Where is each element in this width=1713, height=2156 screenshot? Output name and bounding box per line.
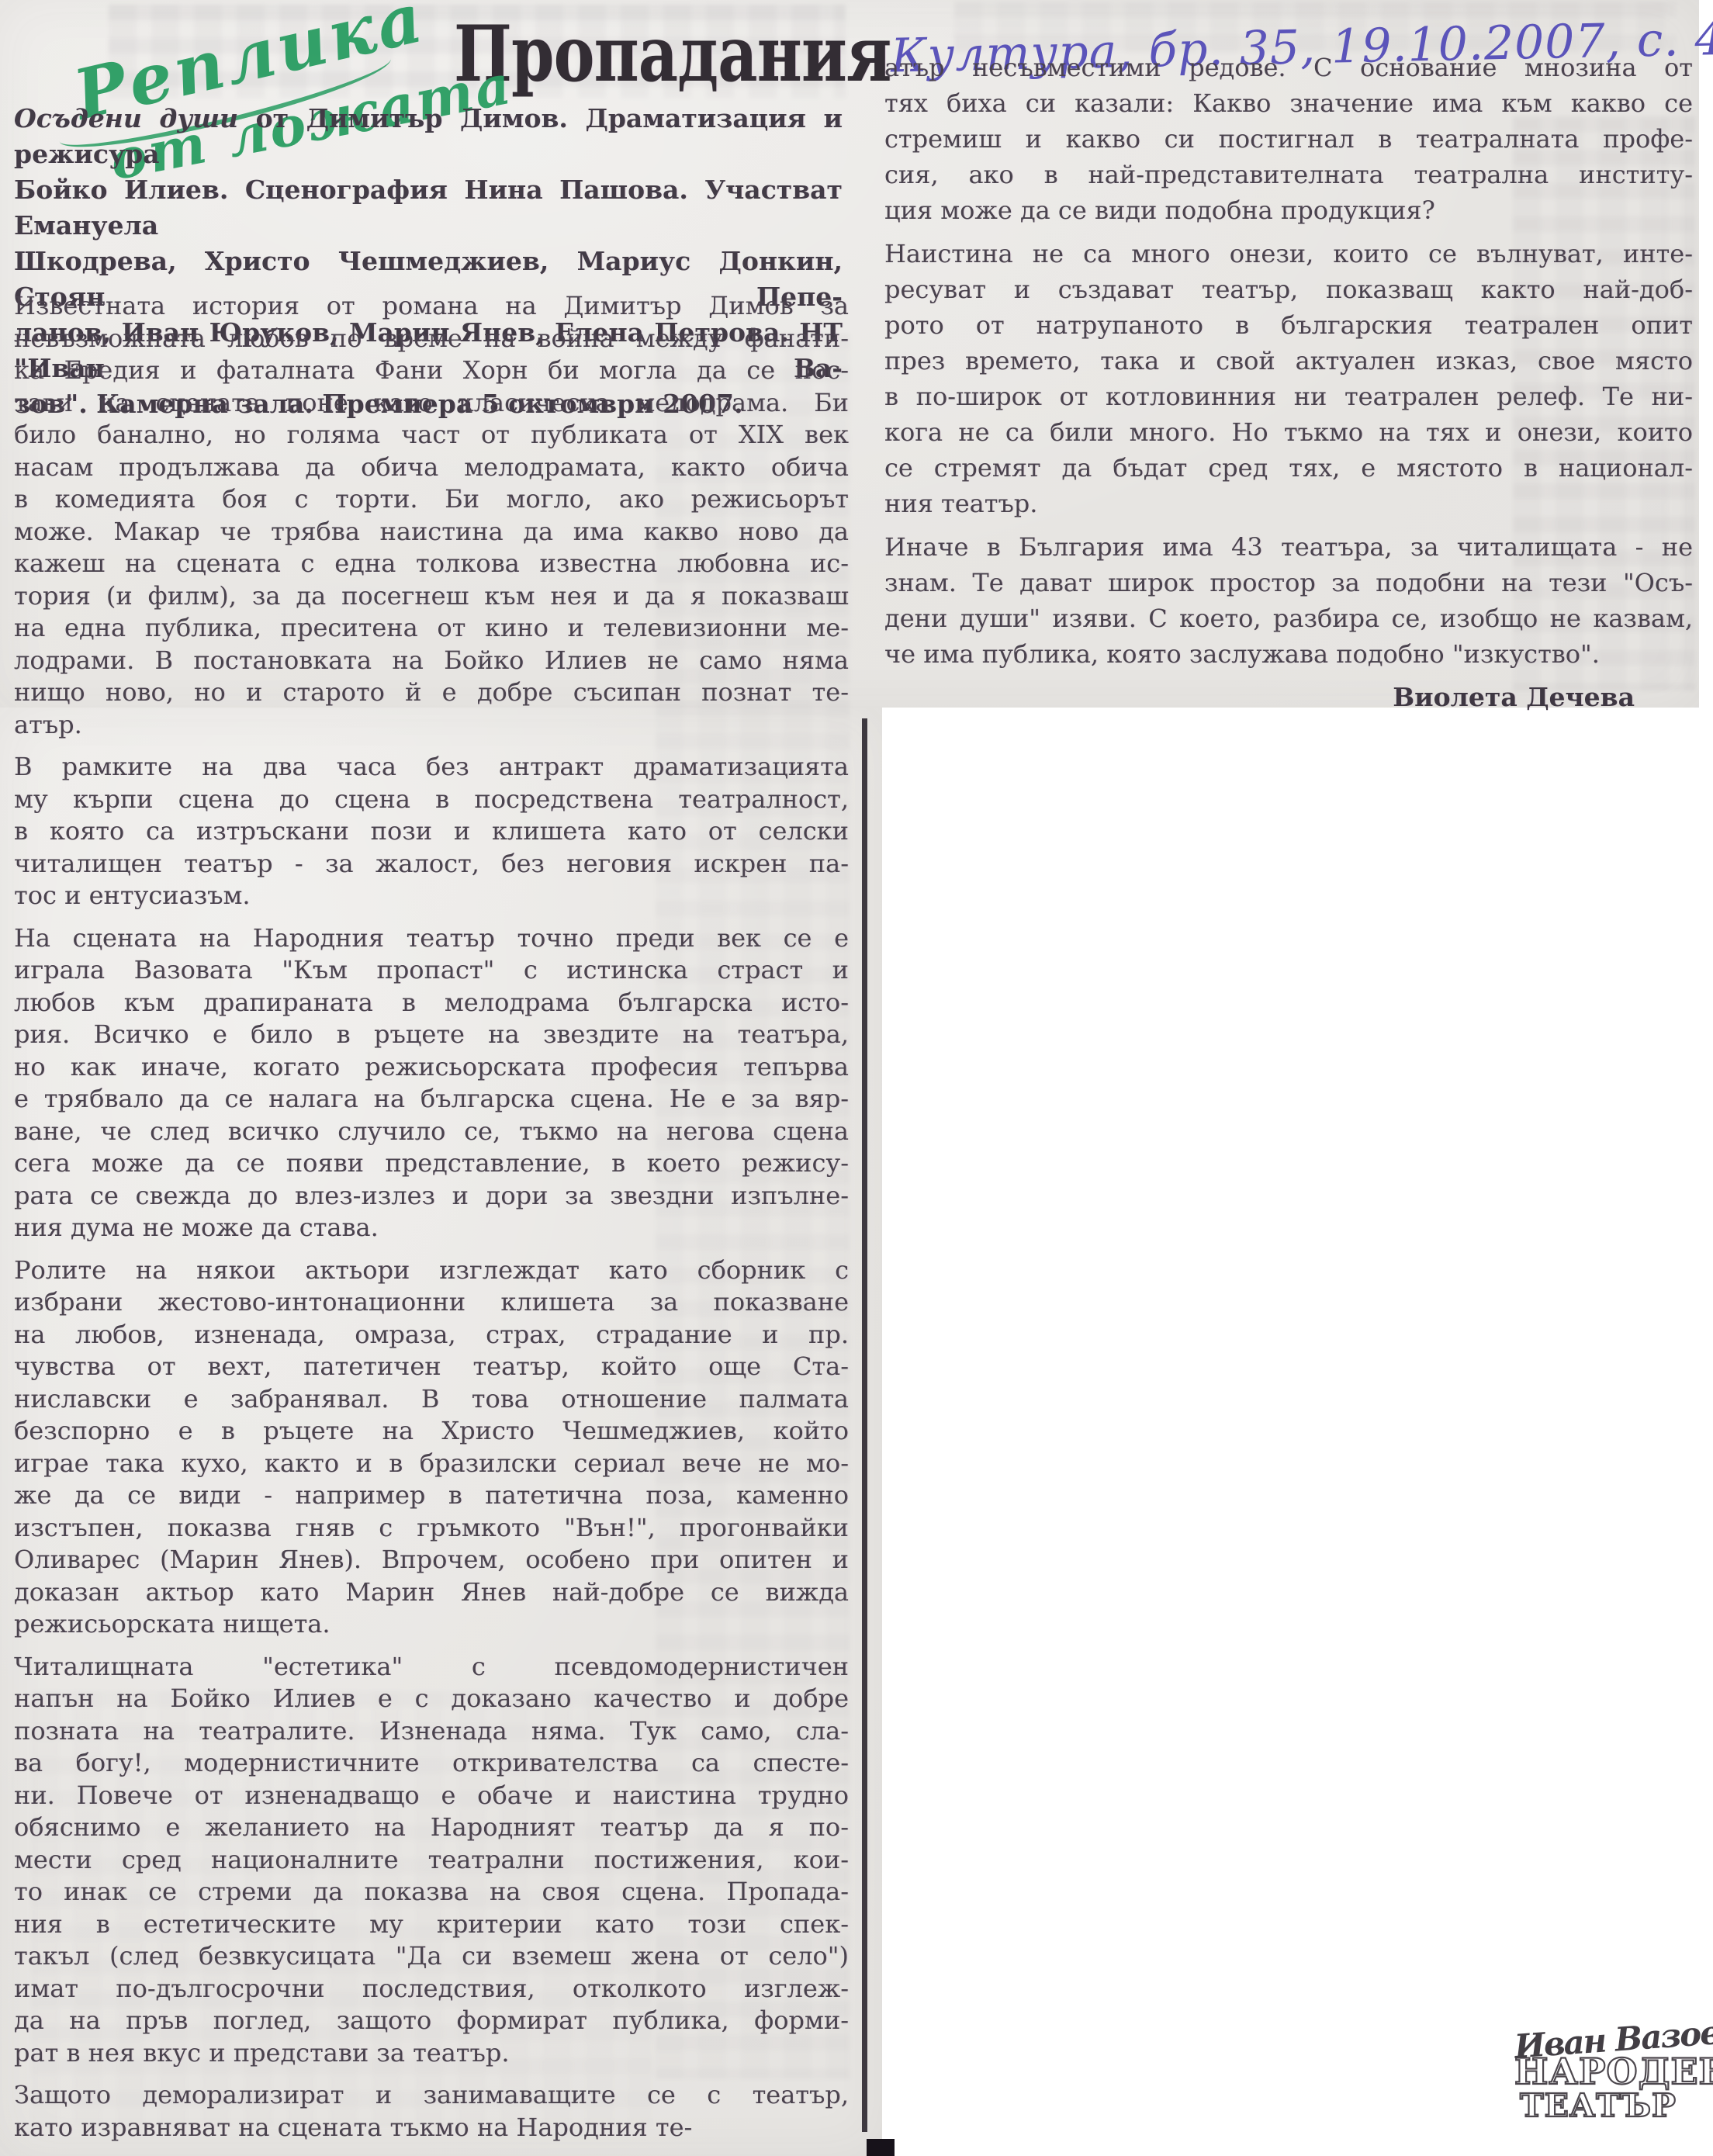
right-column-paragraphs: атър несъвместими редове. С основание мн…: [884, 50, 1693, 672]
text-line: играе така кухо, както и в бразилски сер…: [14, 1448, 849, 1480]
text-line: насам продължава да обича мелодрамата, к…: [14, 452, 849, 484]
text-line: може. Макар че трябва наистина да има ка…: [14, 516, 849, 549]
text-line: любов към драпираната в мелодрама българ…: [14, 987, 849, 1019]
text-line: Бойко Илиев. Сценография Нина Пашова. Уч…: [14, 172, 843, 244]
text-line: ния в естетическите му критерии като тоз…: [14, 1909, 849, 1941]
text-line: рат в нея вкус и представи за театър.: [14, 2037, 849, 2070]
text-line: ния театър.: [884, 486, 1693, 521]
text-line: атър.: [14, 709, 849, 742]
text-line: лодрами. В постановката на Бойко Илиев н…: [14, 645, 849, 677]
text-line: сия, ако в най-представителната театралн…: [884, 157, 1693, 192]
paragraph: Известната история от романа на Димитър …: [14, 290, 849, 741]
text-line: на една публика, преситена от кино и тел…: [14, 612, 849, 645]
text-line: знам. Те дават широк простор за подобни …: [884, 565, 1693, 600]
paragraph: Ролите на някои актьори изглеждат като с…: [14, 1254, 849, 1641]
text-line: имат по-дългосрочни последствия, отколко…: [14, 1973, 849, 2005]
text-line: такъл (след безвкусицата "Да си вземеш ж…: [14, 1940, 849, 1973]
text-line: Ролите на някои актьори изглеждат като с…: [14, 1254, 849, 1287]
text-line: през времето, така и свой актуален изказ…: [884, 343, 1693, 379]
text-line: рата се свежда до влез-излез и дори за з…: [14, 1180, 849, 1213]
scan-edge-mark: [867, 2139, 895, 2156]
logo-word-teatar: ТЕАТЪР: [1514, 2090, 1682, 2123]
text-line: кажеш на сцената с една толкова известна…: [14, 548, 849, 580]
text-line: в комедията боя с торти. Би могло, ако р…: [14, 483, 849, 516]
text-line: но как иначе, когато режисьорската профе…: [14, 1051, 849, 1084]
column-divider-line: [862, 718, 867, 2132]
paragraph: В рамките на два часа без антракт драмат…: [14, 751, 849, 912]
text-line: Иначе в България има 43 театъра, за чита…: [884, 529, 1693, 565]
text-line: нищо ново, но и старото й е добре съсипа…: [14, 677, 849, 709]
text-line: рия. Всичко е било в ръцете на звездите …: [14, 1019, 849, 1051]
text-line: же да се види - например в патетична поз…: [14, 1479, 849, 1512]
article-title: Пропадания: [454, 9, 891, 99]
paragraph: Защото деморализират и занимаващите се с…: [14, 2079, 849, 2144]
theatre-logo-stamp: Иван Вазов НАРОДЕН ТЕАТЪР: [1514, 2022, 1682, 2123]
text-line: на любов, изненада, омраза, страх, страд…: [14, 1319, 849, 1351]
left-column: Известната история от романа на Димитър …: [14, 290, 849, 2154]
text-line: напън на Бойко Илиев е с доказано качест…: [14, 1683, 849, 1715]
text-line: е трябвало да се налага на българска сце…: [14, 1083, 849, 1116]
text-line: мести сред националните театрални постиж…: [14, 1844, 849, 1877]
right-column: атър несъвместими редове. С основание мн…: [884, 50, 1693, 715]
paragraph: Наистина не са много онези, които се въл…: [884, 236, 1693, 521]
text-line: дени души" изяви. С което, разбира се, и…: [884, 600, 1693, 636]
text-line: На сцената на Народния театър точно пред…: [14, 922, 849, 955]
paragraph: На сцената на Народния театър точно пред…: [14, 922, 849, 1244]
text-line: Читалищната "естетика" с псевдомодернист…: [14, 1651, 849, 1684]
text-line: Наистина не са много онези, които се въл…: [884, 236, 1693, 272]
text-line: невъзможната любов по време на война меж…: [14, 323, 849, 355]
credits-first-line: Осъдени души от Димитър Димов. Драматиза…: [14, 101, 843, 172]
paragraph: Иначе в България има 43 театъра, за чита…: [884, 529, 1693, 672]
text-line: Известната история от романа на Димитър …: [14, 290, 849, 323]
scanned-newspaper-clipping: Пропадания Реплика от ложата Култура, бр…: [0, 0, 1713, 2156]
text-line: тория (и филм), за да посегнеш към нея и…: [14, 580, 849, 613]
text-line: атър несъвместими редове. С основание мн…: [884, 50, 1693, 85]
text-line: доказан актьор като Марин Янев най-добре…: [14, 1576, 849, 1609]
text-line: ция може да се види подобна продукция?: [884, 192, 1693, 228]
text-line: ниславски е забранявал. В това отношение…: [14, 1383, 849, 1416]
text-line: избрани жестово-интонационни клишета за …: [14, 1286, 849, 1319]
text-line: тос и ентусиазъм.: [14, 880, 849, 912]
text-line: Оливарес (Марин Янев). Впрочем, особено …: [14, 1544, 849, 1576]
text-line: обяснимо е желанието на Народният театър…: [14, 1812, 849, 1844]
text-line: то инак се стреми да показва на своя сце…: [14, 1876, 849, 1909]
text-line: безспорно е в ръцете на Христо Чешмеджие…: [14, 1415, 849, 1448]
text-line: тях биха си казали: Какво значение има к…: [884, 85, 1693, 121]
text-line: читалищен театър - за жалост, без негови…: [14, 848, 849, 881]
text-line: ва богу!, модернистичните откривателства…: [14, 1747, 849, 1780]
text-line: ка Ередия и фаталната Фани Хорн би могла…: [14, 355, 849, 387]
text-line: като изравняват на сцената тъкмо на Наро…: [14, 2112, 849, 2144]
play-title: Осъдени души: [14, 103, 238, 133]
text-line: позната на театралите. Изненада няма. Ту…: [14, 1715, 849, 1748]
author-signature: Виолета Дечева: [884, 680, 1693, 715]
text-line: в по-широк от котловинния ни театрален р…: [884, 379, 1693, 414]
text-line: ресуват и създават театър, показващ какт…: [884, 272, 1693, 307]
text-line: играла Вазовата "Към пропаст" с истинска…: [14, 954, 849, 987]
text-line: се стремят да бъдат сред тях, е мястото …: [884, 450, 1693, 486]
text-line: ни. Повече от изненадващо е обаче и наис…: [14, 1780, 849, 1812]
text-line: стремиш и какво си постигнал в театрална…: [884, 121, 1693, 157]
text-line: изстъпен, показва гняв с гръмкото "Вън!"…: [14, 1512, 849, 1545]
text-line: в която са изтръскани пози и клишета кат…: [14, 815, 849, 848]
text-line: тави на сцената поне като класическа мел…: [14, 387, 849, 420]
text-line: чувства от вехт, патетичен театър, който…: [14, 1351, 849, 1383]
paragraph: атър несъвместими редове. С основание мн…: [884, 50, 1693, 228]
text-line: да на пръв поглед, защото формират публи…: [14, 2005, 849, 2037]
text-line: ния дума не може да става.: [14, 1212, 849, 1244]
text-line: му кърпи сцена до сцена в посредствена т…: [14, 784, 849, 816]
text-line: сега може да се появи представление, в к…: [14, 1147, 849, 1180]
paragraph: Читалищната "естетика" с псевдомодернист…: [14, 1651, 849, 2070]
text-line: кога не са били много. Но тъкмо на тях и…: [884, 414, 1693, 450]
text-line: В рамките на два часа без антракт драмат…: [14, 751, 849, 784]
text-line: ване, че след всичко случило се, тъкмо н…: [14, 1116, 849, 1148]
text-line: че има публика, която заслужава подобно …: [884, 636, 1693, 672]
text-line: рото от натрупаното в българския театрал…: [884, 307, 1693, 343]
text-line: режисьорската нищета.: [14, 1608, 849, 1641]
text-line: било банално, но голяма част от публикат…: [14, 419, 849, 452]
text-line: Защото деморализират и занимаващите се с…: [14, 2079, 849, 2112]
